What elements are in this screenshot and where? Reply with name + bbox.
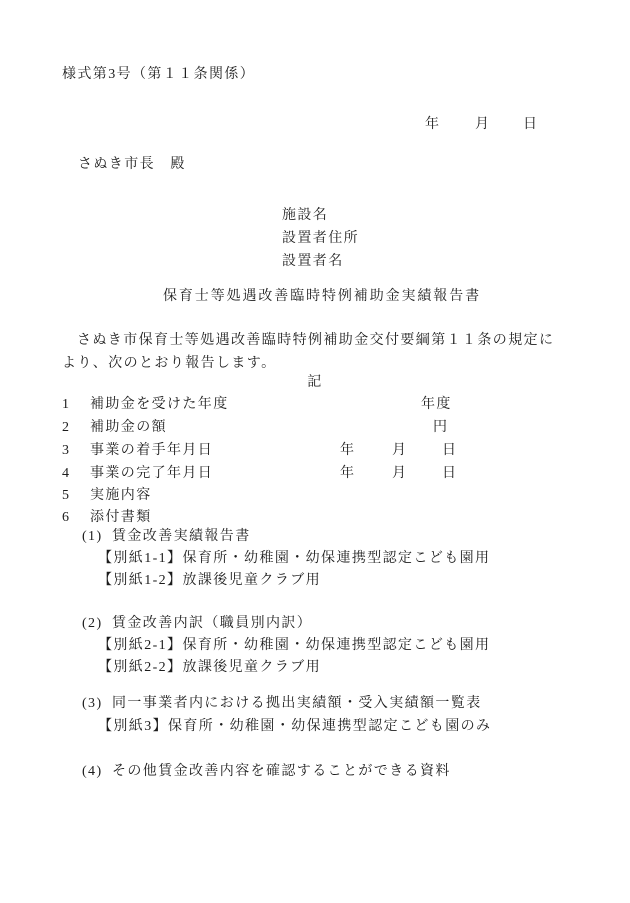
installer-name-label: 設置者名 bbox=[282, 250, 359, 273]
attachment-marker: (1) bbox=[82, 529, 103, 545]
yen-unit-label: 円 bbox=[433, 420, 448, 436]
document-title: 保育士等処遇改善臨時特例補助金実績報告書 bbox=[0, 289, 630, 305]
item-number: 2 bbox=[62, 420, 70, 436]
attachment-title: 賃金改善実績報告書 bbox=[112, 529, 251, 545]
attachment-note: 【別紙3】保育所・幼稚園・幼保連携型認定こども園のみ bbox=[98, 719, 491, 735]
date-day-label: 日 bbox=[523, 117, 538, 133]
date-year-label: 年 bbox=[425, 117, 440, 133]
attachment-marker: (3) bbox=[82, 696, 103, 712]
document-page: 様式第3号（第１１条関係） 年 月 日 さぬき市長 殿 施設名 設置者住所 設置… bbox=[0, 0, 630, 903]
item-number: 6 bbox=[62, 510, 70, 526]
item-number: 1 bbox=[62, 397, 70, 413]
attachment-title: 賃金改善内訳（職員別内訳） bbox=[112, 616, 312, 632]
attachment-marker: (4) bbox=[82, 764, 103, 780]
item-label: 補助金の額 bbox=[90, 420, 167, 436]
addressee: さぬき市長 殿 bbox=[78, 157, 186, 173]
year-unit-label: 年 bbox=[340, 443, 355, 459]
item-number: 3 bbox=[62, 443, 70, 459]
item-label: 添付書類 bbox=[90, 510, 152, 526]
item-number: 4 bbox=[62, 466, 70, 482]
notation-marker: 記 bbox=[0, 375, 630, 391]
facility-name-label: 施設名 bbox=[282, 204, 359, 227]
submitter-block: 施設名 設置者住所 設置者名 bbox=[282, 204, 359, 273]
item-label: 事業の着手年月日 bbox=[90, 443, 213, 459]
item-number: 5 bbox=[62, 488, 70, 504]
attachment-note: 【別紙1-1】保育所・幼稚園・幼保連携型認定こども園用 bbox=[98, 551, 490, 567]
attachment-title: その他賃金改善内容を確認することができる資料 bbox=[112, 764, 451, 780]
attachment-note: 【別紙1-2】放課後児童クラブ用 bbox=[98, 573, 321, 589]
body-paragraph-line-1: さぬき市保育士等処遇改善臨時特例補助金交付要綱第１１条の規定に bbox=[77, 333, 554, 349]
item-label: 事業の完了年月日 bbox=[90, 466, 213, 482]
form-number: 様式第3号（第１１条関係） bbox=[62, 67, 255, 83]
date-month-label: 月 bbox=[475, 117, 490, 133]
fiscal-year-unit-label: 年度 bbox=[421, 397, 452, 413]
attachment-marker: (2) bbox=[82, 616, 103, 632]
month-unit-label: 月 bbox=[392, 443, 407, 459]
attachment-title: 同一事業者内における拠出実績額・受入実績額一覧表 bbox=[112, 696, 482, 712]
attachment-note: 【別紙2-2】放課後児童クラブ用 bbox=[98, 660, 321, 676]
attachment-note: 【別紙2-1】保育所・幼稚園・幼保連携型認定こども園用 bbox=[98, 638, 490, 654]
body-paragraph-line-2: より、次のとおり報告します。 bbox=[62, 356, 276, 372]
item-label: 補助金を受けた年度 bbox=[90, 397, 229, 413]
month-unit-label: 月 bbox=[392, 466, 407, 482]
day-unit-label: 日 bbox=[442, 443, 457, 459]
day-unit-label: 日 bbox=[442, 466, 457, 482]
item-label: 実施内容 bbox=[90, 488, 152, 504]
installer-address-label: 設置者住所 bbox=[282, 227, 359, 250]
year-unit-label: 年 bbox=[340, 466, 355, 482]
